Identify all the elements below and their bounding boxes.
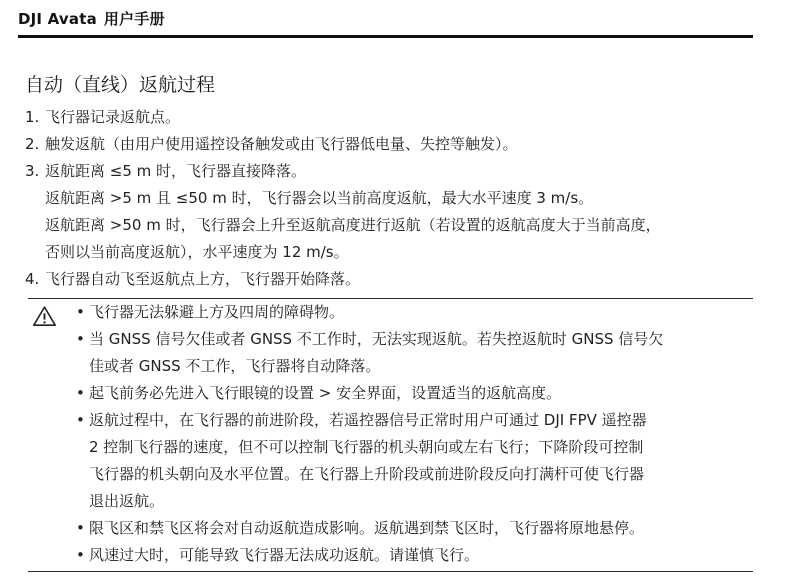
manual-brand: DJI Avata bbox=[18, 10, 97, 28]
warning-text: 当 GNSS 信号欠佳或者 GNSS 不工作时，无法实现返航。若失控返航时 GN… bbox=[89, 326, 753, 353]
warning-text: 返航过程中，在飞行器的前进阶段，若遥控器信号正常时用户可通过 DJI FPV 遥… bbox=[89, 407, 753, 434]
bullet-dot: • bbox=[76, 407, 89, 515]
list-item-text: 返航距离 >50 m 时，飞行器会上升至返航高度进行返航（若设置的返航高度大于当… bbox=[45, 212, 759, 239]
warning-bullet: • 当 GNSS 信号欠佳或者 GNSS 不工作时，无法实现返航。若失控返航时 … bbox=[76, 326, 753, 380]
list-item: 3. 返航距离 ≤5 m 时，飞行器直接降落。 返航距离 >5 m 且 ≤50 … bbox=[25, 158, 759, 266]
warning-text: 飞行器无法躲避上方及四周的障碍物。 bbox=[89, 299, 753, 326]
warning-text: 起飞前务必先进入飞行眼镜的设置 > 安全界面，设置适当的返航高度。 bbox=[89, 380, 753, 407]
section-title: 自动（直线）返航过程 bbox=[25, 72, 753, 98]
manual-doc-type: 用户手册 bbox=[104, 10, 165, 28]
list-item: 4. 飞行器自动飞至返航点上方，飞行器开始降落。 bbox=[25, 266, 759, 293]
list-item: 1. 飞行器记录返航点。 bbox=[25, 104, 759, 131]
warning-text: 2 控制飞行器的速度，但不可以控制飞行器的机头朝向或左右飞行；下降阶段可控制 bbox=[89, 434, 753, 461]
warning-text: 退出返航。 bbox=[89, 488, 753, 515]
list-item-text: 飞行器自动飞至返航点上方，飞行器开始降落。 bbox=[45, 266, 759, 293]
list-item-text: 返航距离 >5 m 且 ≤50 m 时，飞行器会以当前高度返航，最大水平速度 3… bbox=[45, 185, 759, 212]
warning-bullet: • 返航过程中，在飞行器的前进阶段，若遥控器信号正常时用户可通过 DJI FPV… bbox=[76, 407, 753, 515]
warning-text: 风速过大时，可能导致飞行器无法成功返航。请谨慎飞行。 bbox=[89, 542, 753, 569]
bullet-dot: • bbox=[76, 299, 89, 326]
bullet-dot: • bbox=[76, 326, 89, 380]
list-item-text: 返航距离 ≤5 m 时，飞行器直接降落。 bbox=[45, 158, 759, 185]
warning-box: • 飞行器无法躲避上方及四周的障碍物。 • 当 GNSS 信号欠佳或者 GNSS… bbox=[28, 298, 753, 572]
bullet-dot: • bbox=[76, 542, 89, 569]
warning-bullet-list: • 飞行器无法躲避上方及四周的障碍物。 • 当 GNSS 信号欠佳或者 GNSS… bbox=[76, 299, 753, 569]
list-item-text: 否则以当前高度返航），水平速度为 12 m/s。 bbox=[45, 239, 759, 266]
list-item-number: 4. bbox=[25, 266, 45, 293]
warning-bullet: • 风速过大时，可能导致飞行器无法成功返航。请谨慎飞行。 bbox=[76, 542, 753, 569]
warning-text: 佳或者 GNSS 不工作，飞行器将自动降落。 bbox=[89, 353, 753, 380]
warning-text: 飞行器的机头朝向及水平位置。在飞行器上升阶段或前进阶段反向打满杆可使飞行器 bbox=[89, 461, 753, 488]
warning-triangle-icon bbox=[32, 312, 57, 331]
warning-bullet: • 限飞区和禁飞区将会对自动返航造成影响。返航遇到禁飞区时，飞行器将原地悬停。 bbox=[76, 515, 753, 542]
warning-bullet: • 飞行器无法躲避上方及四周的障碍物。 bbox=[76, 299, 753, 326]
procedure-list: 1. 飞行器记录返航点。 2. 触发返航（由用户使用遥控设备触发或由飞行器低电量… bbox=[25, 104, 759, 293]
manual-page: DJI Avata用户手册 自动（直线）返航过程 1. 飞行器记录返航点。 2.… bbox=[0, 0, 799, 577]
warning-bullet: • 起飞前务必先进入飞行眼镜的设置 > 安全界面，设置适当的返航高度。 bbox=[76, 380, 753, 407]
list-item-text: 触发返航（由用户使用遥控设备触发或由飞行器低电量、失控等触发）。 bbox=[45, 131, 759, 158]
list-item: 2. 触发返航（由用户使用遥控设备触发或由飞行器低电量、失控等触发）。 bbox=[25, 131, 759, 158]
bullet-dot: • bbox=[76, 380, 89, 407]
list-item-text: 飞行器记录返航点。 bbox=[45, 104, 759, 131]
warning-text: 限飞区和禁飞区将会对自动返航造成影响。返航遇到禁飞区时，飞行器将原地悬停。 bbox=[89, 515, 753, 542]
list-item-number: 2. bbox=[25, 131, 45, 158]
bullet-dot: • bbox=[76, 515, 89, 542]
page-header: DJI Avata用户手册 bbox=[18, 0, 753, 38]
list-item-number: 1. bbox=[25, 104, 45, 131]
list-item-number: 3. bbox=[25, 158, 45, 266]
